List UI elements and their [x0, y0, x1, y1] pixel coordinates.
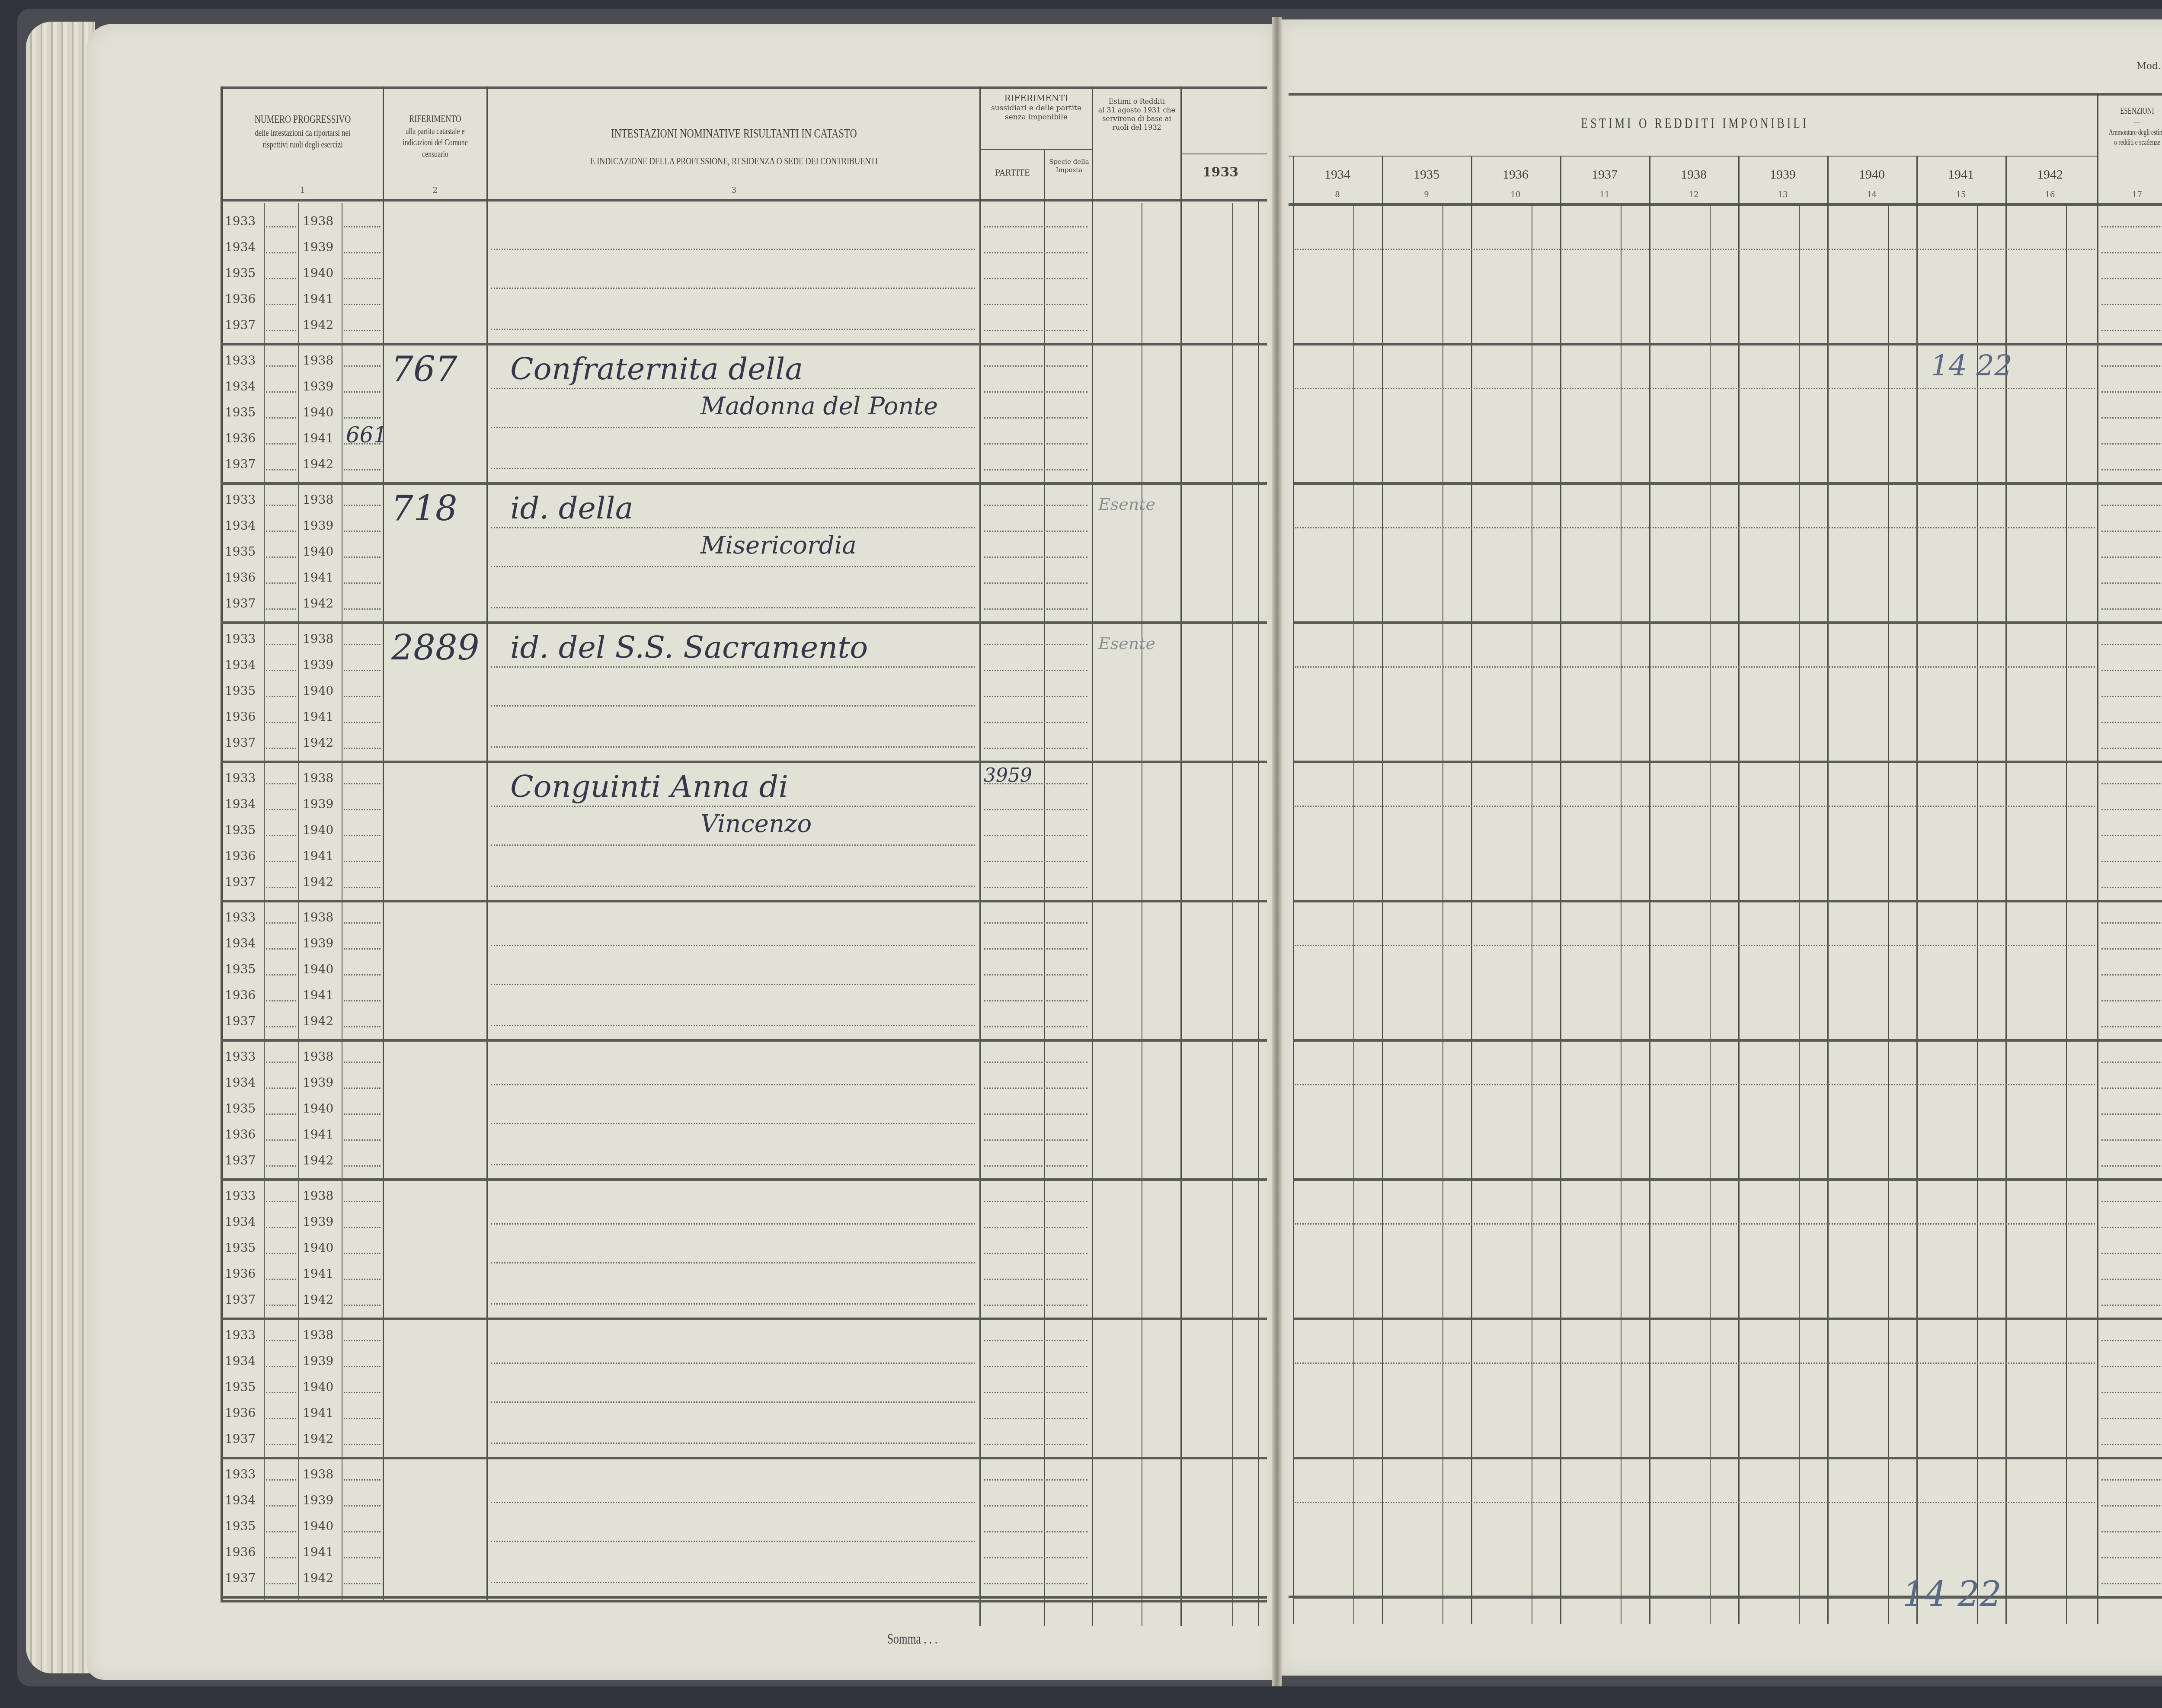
year-label: 1933	[225, 1467, 256, 1481]
year-label: 1937	[225, 318, 256, 332]
left-page	[86, 24, 1276, 1680]
year-label: 1938	[303, 214, 333, 228]
header-partite: PARTITE	[981, 169, 1044, 179]
year-label: 1939	[303, 658, 333, 672]
year-label: 1936	[225, 292, 256, 306]
year-label: 1936	[225, 1267, 256, 1281]
owner-name-line2: Vincenzo	[700, 810, 812, 838]
header-riferimento: RIFERIMENTO alla partita catastale e ind…	[397, 112, 474, 160]
partita-number: 767	[391, 349, 457, 389]
year-label: 1941	[303, 988, 333, 1002]
year-label: 1940	[303, 266, 333, 280]
year-label: 1940	[303, 1101, 333, 1116]
year-label: 1942	[303, 875, 333, 889]
year-label: 1934	[225, 1075, 256, 1090]
year-label: 1939	[303, 1075, 333, 1090]
year-label: 1935	[225, 544, 256, 559]
year-label: 1941	[303, 1406, 333, 1420]
year-label: 1940	[303, 684, 333, 698]
year-label: 1935	[225, 266, 256, 280]
year-label: 1933	[225, 1328, 256, 1342]
year-label: 1933	[225, 1189, 256, 1203]
year-label: 1941	[303, 849, 333, 863]
partite-ref: 3959	[984, 764, 1032, 787]
year-label: 1937	[225, 1432, 256, 1446]
year-label: 1939	[303, 1354, 333, 1368]
year-label: 1938	[303, 1467, 333, 1481]
year-label: 1942	[303, 1014, 333, 1028]
year-label: 1933	[225, 910, 256, 924]
year-label: 1934	[225, 379, 256, 393]
year-label: 1933	[225, 353, 256, 368]
col-number-14: 14	[1827, 190, 1916, 199]
total-1941: 14 22	[1903, 1574, 2002, 1614]
year-label: 1933	[225, 214, 256, 228]
somma-label: Somma . . .	[864, 1630, 961, 1649]
year-label: 1936	[225, 570, 256, 585]
year-label: 1936	[225, 710, 256, 724]
year-label: 1940	[303, 405, 333, 419]
col-number-3: 3	[489, 186, 979, 195]
header-estimi-imponibili: ESTIMI O REDDITI IMPONIBILI	[1394, 115, 1997, 133]
year-label: 1933	[225, 632, 256, 646]
year-label: 1938	[303, 771, 333, 785]
year-label: 1935	[225, 962, 256, 976]
owner-name-line1: Conguinti Anna di	[510, 769, 788, 804]
year-label: 1938	[303, 1049, 333, 1064]
year-label: 1937	[225, 1153, 256, 1167]
year-label: 1935	[225, 1380, 256, 1394]
owner-name-line2: Misericordia	[700, 531, 857, 560]
col6-note: Esente	[1098, 495, 1155, 514]
year-label: 1936	[225, 1406, 256, 1420]
year-label: 1936	[225, 431, 256, 445]
year-label: 1942	[303, 1153, 333, 1167]
year-label: 1936	[225, 988, 256, 1002]
year-label: 1941	[303, 1545, 333, 1559]
year-label: 1942	[303, 1571, 333, 1585]
year-label: 1941	[303, 1267, 333, 1281]
year-label: 1942	[303, 596, 333, 611]
col-number-1: 1	[223, 186, 383, 195]
year-label: 1938	[303, 632, 333, 646]
year-label: 1936	[225, 849, 256, 863]
year-label: 1938	[303, 910, 333, 924]
year-label: 1937	[225, 875, 256, 889]
year-label: 1934	[225, 240, 256, 254]
header-estimi-1931: Estimi o Redditi al 31 agosto 1931 che s…	[1093, 97, 1180, 132]
col-number-12: 12	[1649, 190, 1738, 199]
header-year-1937: 1937	[1560, 166, 1649, 183]
col-number-17: 17	[2099, 190, 2162, 199]
header-year-1934: 1934	[1293, 166, 1382, 183]
year-label: 1937	[225, 1292, 256, 1307]
year-label: 1942	[303, 1432, 333, 1446]
header-year-1940: 1940	[1827, 166, 1916, 183]
year-label: 1941	[303, 292, 333, 306]
header-specie-imposta: Specie della Imposta	[1046, 158, 1092, 174]
year-label: 1940	[303, 1519, 333, 1533]
col-number-2: 2	[384, 186, 486, 195]
col-number-13: 13	[1738, 190, 1827, 199]
header-year-1942: 1942	[2005, 166, 2095, 183]
col-number-11: 11	[1560, 190, 1649, 199]
year-label: 1941	[303, 431, 333, 445]
year-label: 1942	[303, 318, 333, 332]
year-label: 1938	[303, 353, 333, 368]
year-label: 1935	[225, 1519, 256, 1533]
year-label: 1939	[303, 240, 333, 254]
year-label: 1936	[225, 1545, 256, 1559]
col-number-9: 9	[1382, 190, 1471, 199]
year-label: 1939	[303, 379, 333, 393]
year-label: 1936	[225, 1127, 256, 1142]
right-page	[1280, 19, 2162, 1676]
year-label: 1933	[225, 493, 256, 507]
book-spine	[1272, 17, 1282, 1686]
year-label: 1937	[225, 1571, 256, 1585]
year-label: 1937	[225, 596, 256, 611]
year-label: 1939	[303, 518, 333, 533]
year-label: 1933	[225, 771, 256, 785]
year-label: 1937	[225, 1014, 256, 1028]
header-year-1938: 1938	[1649, 166, 1738, 183]
header-year-1936: 1936	[1471, 166, 1560, 183]
year-label: 1935	[225, 823, 256, 837]
year-label: 1940	[303, 962, 333, 976]
side-number: 661	[346, 422, 387, 448]
header-year-1941: 1941	[1916, 166, 2005, 183]
value-1941: 14 22	[1931, 349, 2012, 382]
year-label: 1935	[225, 1101, 256, 1116]
year-label: 1938	[303, 1189, 333, 1203]
year-label: 1942	[303, 736, 333, 750]
left-page-edges	[26, 22, 95, 1673]
year-label: 1935	[225, 1241, 256, 1255]
year-label: 1939	[303, 1215, 333, 1229]
col-number-8: 8	[1293, 190, 1382, 199]
header-riferimenti-sussidiari: RIFERIMENTI sussidiari e delle partite s…	[981, 93, 1092, 122]
year-label: 1940	[303, 1380, 333, 1394]
owner-name-line1: id. della	[510, 490, 633, 526]
partita-number: 718	[391, 488, 457, 528]
year-label: 1939	[303, 797, 333, 811]
year-label: 1939	[303, 936, 333, 950]
header-year-1935: 1935	[1382, 166, 1471, 183]
owner-name-line2: Madonna del Ponte	[700, 392, 938, 420]
year-label: 1934	[225, 797, 256, 811]
col-number-15: 15	[1916, 190, 2005, 199]
year-label: 1938	[303, 1328, 333, 1342]
year-label: 1938	[303, 493, 333, 507]
year-label: 1933	[225, 1049, 256, 1064]
year-label: 1942	[303, 457, 333, 471]
year-label: 1935	[225, 405, 256, 419]
form-code: Mod. 111 - Imposte Dirette (Intercalare)…	[2110, 61, 2162, 73]
partita-number: 2889	[391, 627, 480, 668]
year-label: 1934	[225, 518, 256, 533]
year-label: 1940	[303, 1241, 333, 1255]
header-year-1933: 1933	[1183, 164, 1258, 181]
owner-name-line1: Confraternita della	[510, 351, 803, 387]
year-label: 1940	[303, 544, 333, 559]
year-label: 1940	[303, 823, 333, 837]
col6-note: Esente	[1098, 634, 1155, 653]
header-year-1939: 1939	[1738, 166, 1827, 183]
owner-name-line1: id. del S.S. Sacramento	[510, 630, 868, 665]
year-label: 1935	[225, 684, 256, 698]
year-label: 1937	[225, 736, 256, 750]
year-label: 1941	[303, 570, 333, 585]
year-label: 1942	[303, 1292, 333, 1307]
year-label: 1934	[225, 936, 256, 950]
year-label: 1934	[225, 1493, 256, 1507]
header-numero-progressivo: NUMERO PROGRESSIVO delle intestazioni da…	[243, 112, 363, 150]
year-label: 1934	[225, 1354, 256, 1368]
year-label: 1941	[303, 710, 333, 724]
col-number-16: 16	[2005, 190, 2095, 199]
year-label: 1941	[303, 1127, 333, 1142]
year-label: 1939	[303, 1493, 333, 1507]
year-label: 1934	[225, 1215, 256, 1229]
col-number-10: 10	[1471, 190, 1560, 199]
header-esenzioni: ESENZIONI — Ammontare degli estimi o red…	[2109, 106, 2162, 147]
year-label: 1937	[225, 457, 256, 471]
header-intestazioni: INTESTAZIONI NOMINATIVE RISULTANTI IN CA…	[550, 125, 918, 168]
year-label: 1934	[225, 658, 256, 672]
